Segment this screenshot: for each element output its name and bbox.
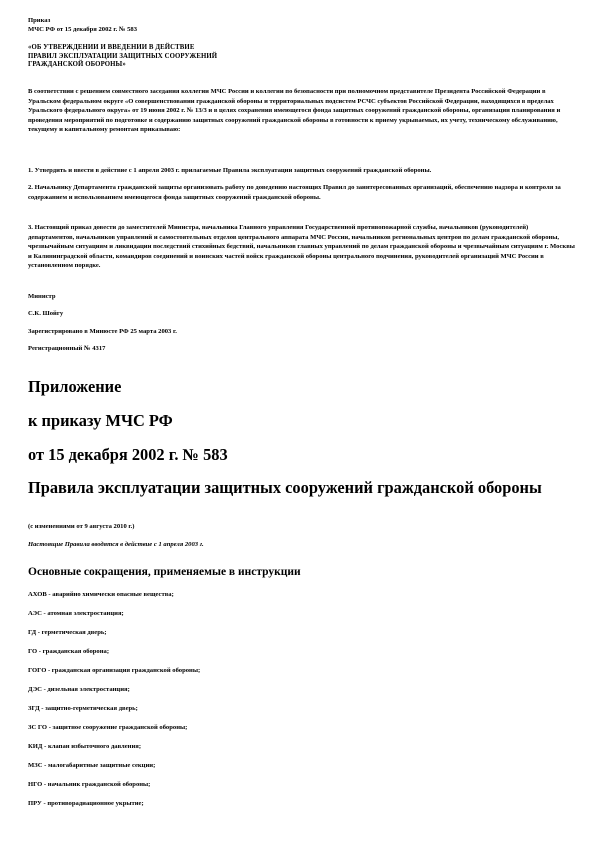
abbreviation-item: ГОГО - гражданская организация гражданск… — [28, 666, 576, 676]
abbreviations-heading: Основные сокращения, применяемые в инстр… — [28, 565, 576, 579]
order-item-1: 1. Утвердить и ввести в действие с 1 апр… — [28, 166, 576, 176]
order-item-2: 2. Начальнику Департамента гражданской з… — [28, 183, 576, 202]
document-header: Приказ МЧС РФ от 15 декабря 2002 г. № 58… — [28, 17, 576, 34]
appendix-heading-3: от 15 декабря 2002 г. № 583 — [28, 445, 576, 465]
title-line: ПРАВИЛ ЭКСПЛУАТАЦИИ ЗАЩИТНЫХ СООРУЖЕНИЙ — [28, 53, 576, 62]
abbreviation-item: ЗГД - защитно-герметическая дверь; — [28, 704, 576, 714]
rules-title: Правила эксплуатации защитных сооружений… — [28, 478, 548, 498]
doc-reference: МЧС РФ от 15 декабря 2002 г. № 583 — [28, 26, 576, 35]
appendix-heading-2: к приказу МЧС РФ — [28, 411, 576, 431]
appendix-heading-1: Приложение — [28, 377, 576, 397]
abbreviation-item: МЗС - малогабаритные защитные секции; — [28, 761, 576, 771]
effective-note: Настоящие Правила вводятся в действие с … — [28, 540, 576, 550]
abbreviation-item: ГД - герметическая дверь; — [28, 628, 576, 638]
title-line: «ОБ УТВЕРЖДЕНИИ И ВВЕДЕНИИ В ДЕЙСТВИЕ — [28, 44, 576, 53]
abbreviation-item: КИД - клапан избыточного давления; — [28, 742, 576, 752]
abbreviation-item: ДЭС - дизельная электростанция; — [28, 685, 576, 695]
abbreviation-item: ПРУ - противорадиационное укрытие; — [28, 799, 576, 809]
order-title: «ОБ УТВЕРЖДЕНИИ И ВВЕДЕНИИ В ДЕЙСТВИЕ ПР… — [28, 44, 576, 70]
abbreviation-item: АХОВ - аварийно химически опасные вещест… — [28, 590, 576, 600]
abbreviation-item: ГО - гражданская оборона; — [28, 647, 576, 657]
amendment-note: (с изменениями от 9 августа 2010 г.) — [28, 522, 576, 532]
abbreviation-item: АЭС - атомная электростанция; — [28, 609, 576, 619]
signature-name: С.К. Шойгу — [28, 309, 576, 319]
order-item-3: 3. Настоящий приказ довести до заместите… — [28, 223, 576, 271]
abbreviation-item: ЗС ГО - защитное сооружение гражданской … — [28, 723, 576, 733]
preamble-paragraph: В соответствии с решением совместного за… — [28, 87, 576, 135]
signature-position: Министр — [28, 292, 576, 302]
title-line: ГРАЖДАНСКОЙ ОБОРОНЫ» — [28, 61, 576, 70]
doc-type: Приказ — [28, 17, 576, 26]
abbreviation-item: НГО - начальник гражданской обороны; — [28, 780, 576, 790]
registration-number: Регистрационный № 4317 — [28, 344, 576, 354]
registration-date: Зарегистрировано в Минюсте РФ 25 марта 2… — [28, 327, 576, 337]
